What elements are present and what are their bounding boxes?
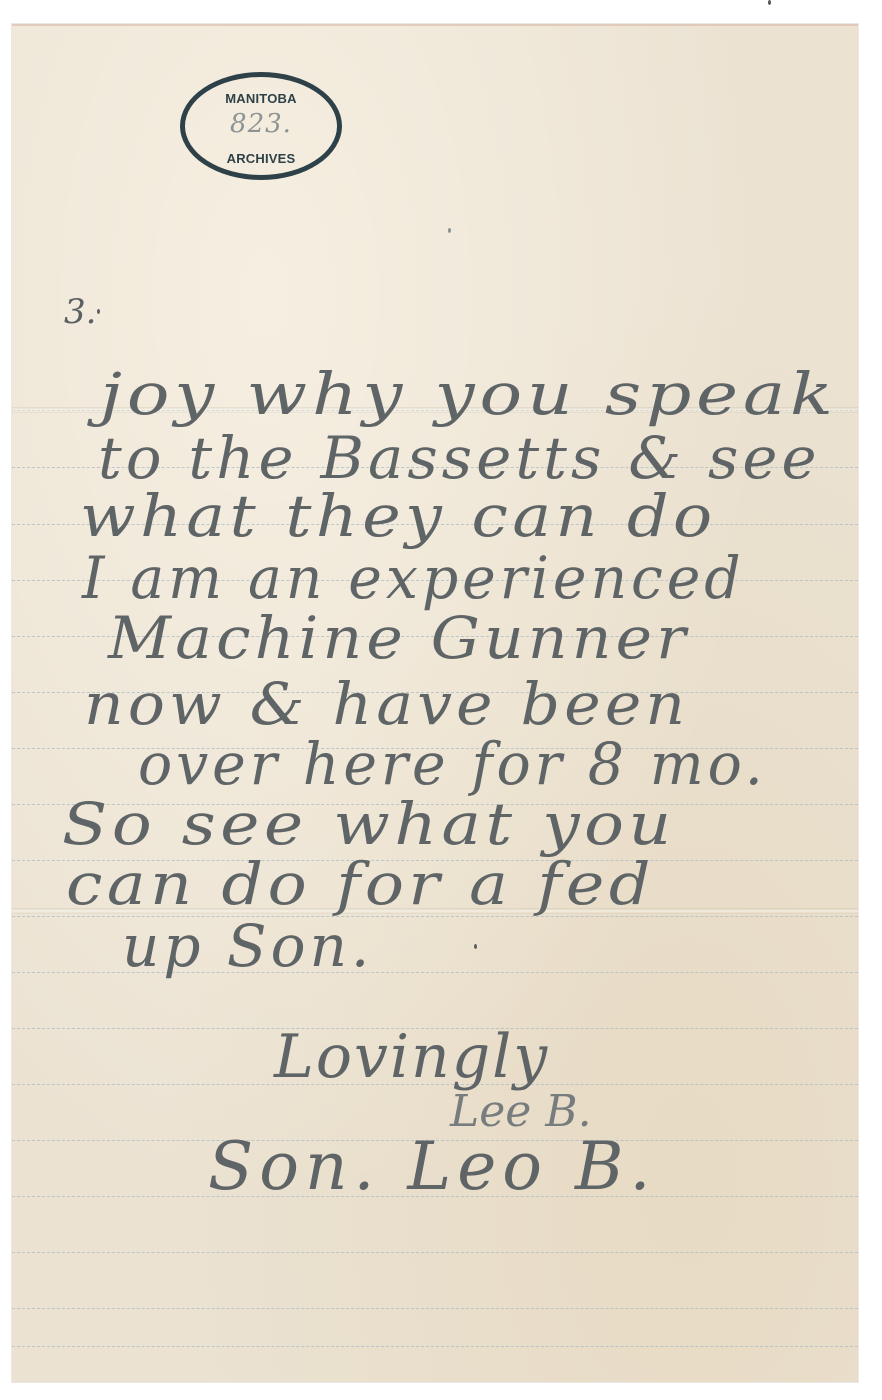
letter-line: So see what you	[62, 790, 676, 858]
letter-line: what they can do	[80, 482, 717, 550]
stamp-number: 823.	[185, 109, 337, 139]
letter-line: over here for 8 mo.	[138, 730, 767, 798]
letter-line: I am an experienced	[82, 544, 745, 612]
ink-dot	[448, 228, 451, 233]
paper-top-edge	[12, 24, 858, 26]
ink-dot	[97, 309, 100, 314]
ruled-line	[12, 1308, 858, 1309]
signature-line: Son. Leo B.	[208, 1128, 657, 1205]
letter-page: MANITOBA 823. ARCHIVES 3. joy why you sp…	[12, 24, 858, 1382]
archive-stamp: MANITOBA 823. ARCHIVES	[180, 72, 342, 180]
page-number: 3.	[64, 292, 96, 332]
letter-line: can do for a fed	[66, 850, 655, 918]
ruled-line	[12, 1346, 858, 1347]
ruled-line	[12, 1252, 858, 1253]
scan-speck	[768, 0, 771, 5]
letter-line: up Son.	[122, 912, 373, 980]
ink-dot	[474, 944, 477, 949]
letter-line: now & have been	[84, 670, 689, 738]
stamp-bottom-text: ARCHIVES	[185, 151, 337, 166]
stamp-top-text: MANITOBA	[185, 91, 337, 106]
letter-line: Machine Gunner	[108, 604, 690, 672]
closing-salutation: Lovingly	[274, 1022, 549, 1092]
letter-line: joy why you speak	[100, 360, 838, 428]
